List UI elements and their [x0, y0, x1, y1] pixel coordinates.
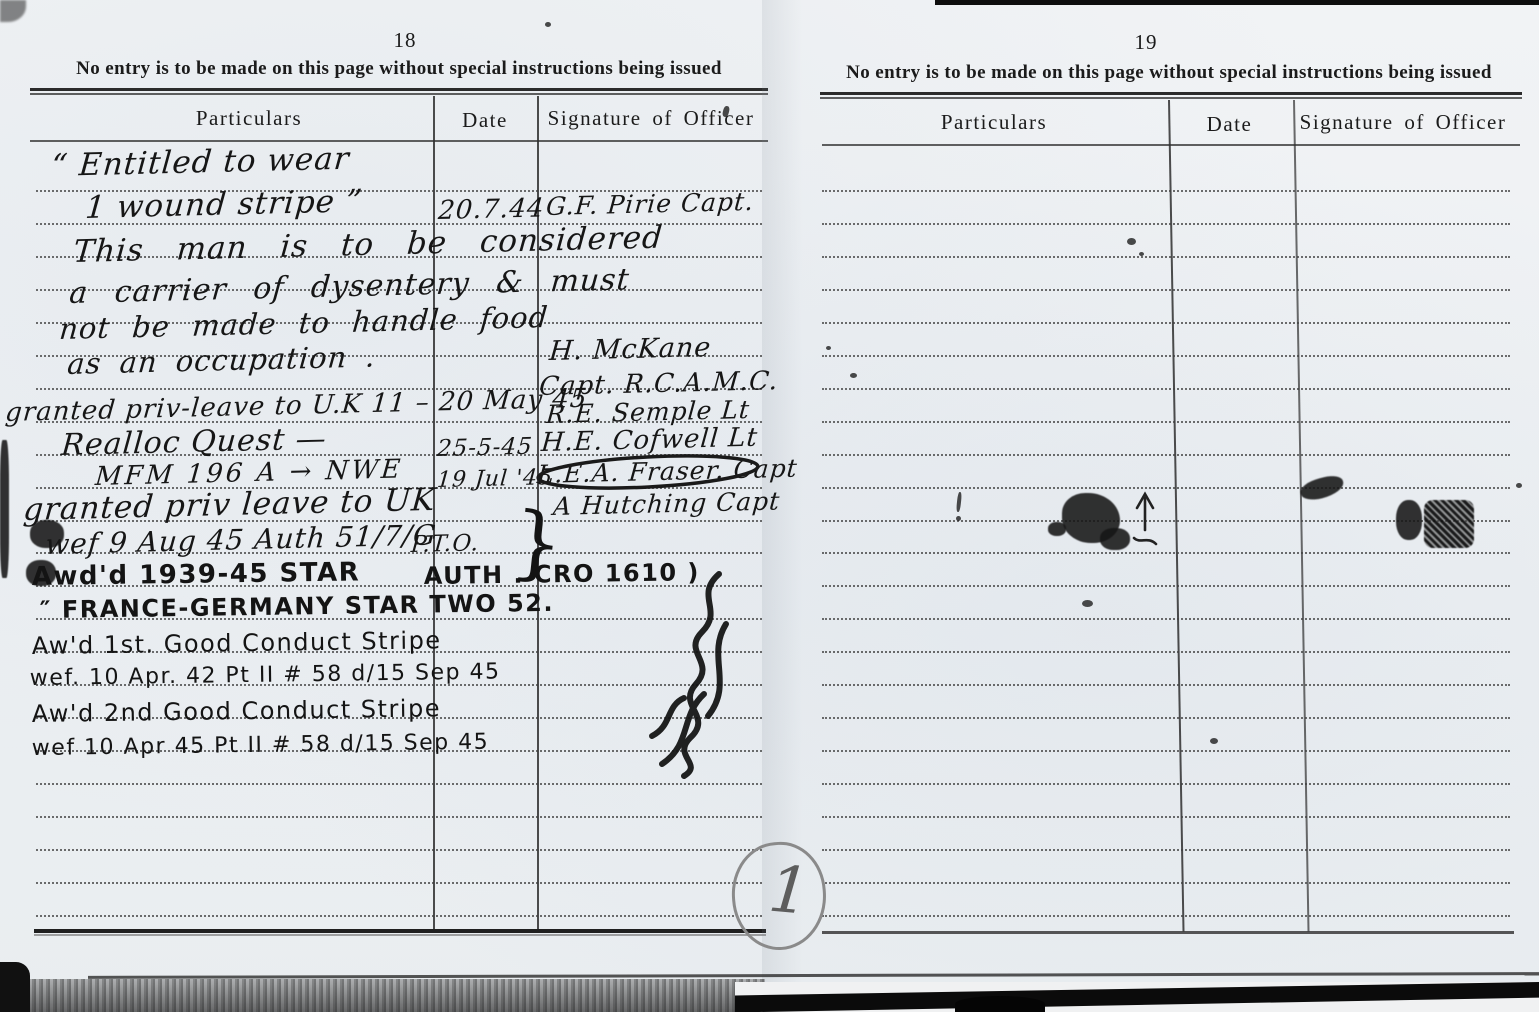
signature-flourish-ellipse: [532, 448, 764, 496]
entry-particulars: “ Entitled to wear: [50, 141, 351, 184]
ink-speck: [1127, 238, 1136, 245]
col-header-signature-right: Signature of Officer: [1293, 110, 1513, 135]
ink-blot: [0, 440, 9, 578]
ruled-line: [822, 454, 1510, 456]
ink-speck: [850, 373, 857, 378]
entry-date: 25-5-45: [436, 434, 534, 462]
ruled-line: [36, 882, 762, 884]
instruction-line-right: No entry is to be made on this page with…: [818, 62, 1520, 84]
ink-blot: [1048, 522, 1066, 536]
ruled-line: [822, 421, 1510, 423]
ink-speck: [545, 22, 551, 27]
ruled-line: [822, 783, 1510, 785]
ruled-line: [822, 190, 1510, 192]
scan-corner-black-left: [0, 962, 30, 1012]
ink-speck: [1139, 252, 1144, 256]
entry-particulars: 1 wound stripe ”: [84, 183, 364, 226]
ink-speck: [826, 346, 831, 350]
header-double-rule-right: [820, 92, 1522, 95]
table-bottom-rule-left: [34, 929, 766, 933]
ruled-line: [822, 487, 1510, 489]
entry-signature: H. McKane: [548, 332, 713, 367]
header-bottom-rule-left: [30, 140, 768, 142]
scan-blob-bottom: [955, 996, 1045, 1012]
ruled-line: [822, 552, 1510, 554]
entry-date-pto: P.T.O.: [410, 530, 480, 558]
instruction-line-left: No entry is to be made on this page with…: [30, 58, 768, 80]
ruled-line: [822, 388, 1510, 390]
col-header-particulars-left: Particulars: [65, 106, 433, 131]
ruled-line: [36, 849, 762, 851]
scan-edge-top-right: [935, 0, 1539, 5]
entry-particulars: Aw'd 2nd Good Conduct Stripe: [32, 694, 442, 728]
ruled-line: [822, 322, 1510, 324]
header-double-rule-left: [30, 88, 768, 91]
ruled-line: [822, 882, 1510, 884]
scanned-service-book-spread: 18 No entry is to be made on this page w…: [0, 0, 1539, 1012]
ruled-line: [822, 223, 1510, 225]
page-number-left: 18: [40, 28, 770, 53]
arrow-scribble-mark: [1128, 486, 1162, 550]
ink-speck: [1516, 483, 1522, 488]
ink-speck: [1082, 600, 1093, 607]
ruled-line: [822, 915, 1510, 917]
ruled-line: [822, 618, 1510, 620]
header-bottom-rule-right: [822, 144, 1520, 146]
entry-particulars: wef. 10 Apr. 42 Pt II # 58 d/15 Sep 45: [30, 659, 501, 691]
ink-tick-dot: [956, 516, 961, 521]
ruled-line: [822, 585, 1510, 587]
table-bottom-rule-left-shadow: [34, 934, 766, 936]
vertical-signature: [622, 566, 752, 781]
entry-particulars: This man is to be considered: [72, 220, 664, 270]
circled-number: 1: [766, 853, 813, 930]
ink-blot-textured: [1424, 500, 1474, 548]
col-header-date-left: Date: [433, 108, 537, 133]
page-number-right: 19: [810, 30, 1482, 55]
col-header-particulars-right: Particulars: [822, 110, 1166, 135]
ruled-line: [822, 717, 1510, 719]
entry-signature: G.F. Pirie Capt.: [545, 187, 755, 221]
ink-blot: [1298, 473, 1346, 503]
entry-particulars: as an occupation .: [66, 339, 377, 381]
entry-particulars: Awd'd 1939-45 STAR: [32, 557, 361, 592]
ink-blot: [1396, 500, 1422, 540]
ruled-line: [822, 289, 1510, 291]
entry-particulars: wef 10 Apr 45 Pt II # 58 d/15 Sep 45: [32, 730, 490, 761]
ink-speck: [1210, 738, 1218, 744]
scan-grain-band: [20, 979, 765, 1012]
ruled-line: [822, 816, 1510, 818]
ruled-line: [822, 849, 1510, 851]
header-double-rule-left-2: [30, 93, 768, 95]
col-header-date-right: Date: [1166, 112, 1293, 137]
ruled-line: [822, 684, 1510, 686]
entry-date: 20.7.44: [437, 193, 546, 226]
entry-particulars: Aw'd 1st. Good Conduct Stripe: [32, 626, 442, 660]
scan-smudge-top-left: [0, 0, 26, 22]
ruled-line: [822, 256, 1510, 258]
ruled-line: [822, 355, 1510, 357]
ruled-line: [36, 783, 762, 785]
ruled-line: [822, 750, 1510, 752]
ink-blot: [1100, 528, 1130, 550]
table-bottom-rule-right: [822, 931, 1514, 934]
col-header-signature-left: Signature of Officer: [537, 106, 765, 131]
ruled-line: [36, 816, 762, 818]
ink-tick: [956, 492, 962, 512]
ruled-line: [36, 915, 762, 917]
ruled-line: [822, 651, 1510, 653]
header-double-rule-right-2: [820, 97, 1522, 99]
